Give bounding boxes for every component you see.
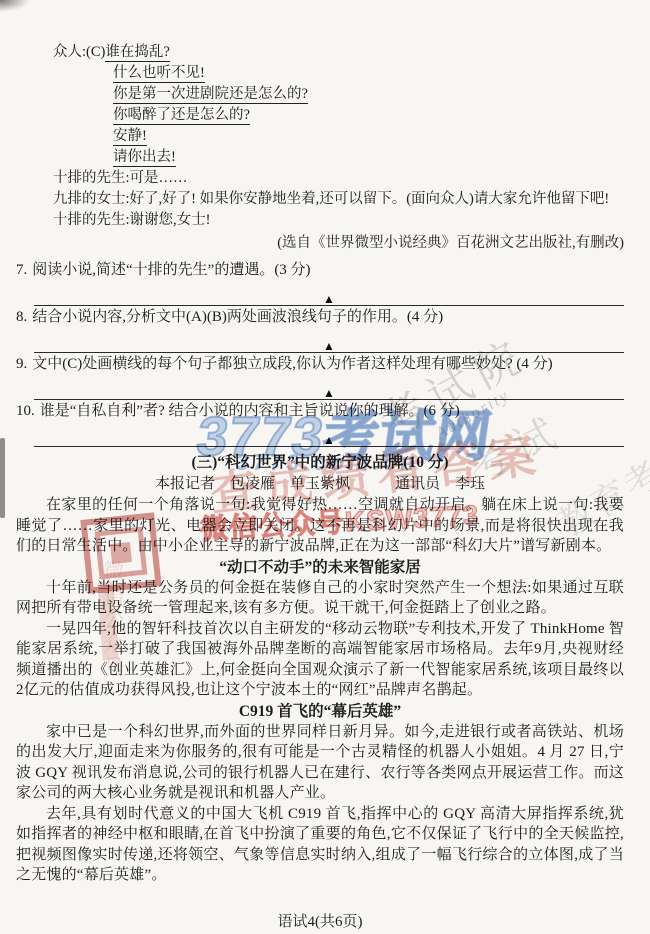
question-9: 9.文中(C)处画横线的每个句子都独立成段,你认为作者这样处理有哪些妙处? (4… [16,353,624,375]
answer-triangle-marker: ▲ [323,341,335,352]
question-number: 9. [16,353,27,375]
question-8: 8.结合小说内容,分析文中(A)(B)两处画波浪线句子的作用。(4 分) [16,306,624,328]
article-subhead-2: C919 首飞的“幕后英雄” [16,701,624,722]
article-paragraph: 在家里的任何一个角落说一句:我觉得好热……空调就自动开启。躺在床上说一句:我要睡… [16,495,624,557]
question-10: 10.谁是“自私自利”者? 结合小说的内容和主旨说说你的理解。(6 分) [16,400,624,422]
underlined-sentence: 你是第一次进剧院还是怎么的? [113,86,308,104]
answer-triangle-marker: ▲ [323,294,335,305]
underlined-sentence: 请你出去! [113,149,176,167]
question-number: 8. [16,306,27,328]
question-number: 10. [16,400,35,422]
article-paragraph: 十年前,当时还是公务员的何金挺在装修自己的小家时突然产生一个想法:如果通过互联网… [16,578,624,619]
questions-block: 7.阅读小说,简述“十排的先生”的遭遇。(3 分) ▲ 8.结合小说内容,分析文… [16,259,624,447]
article-subhead-1: “动口不动手”的未来智能家居 [16,557,624,578]
underlined-sentence: 什么也听不见! [113,65,205,83]
answer-line: ▲ [34,375,624,400]
underlined-sentence: 谁在捣乱? [105,44,169,62]
article-paragraph: 去年,具有划时代意义的中国大飞机 C919 首飞,指挥中心的 GQY 高清大屏指… [16,804,624,886]
dialogue-crowd-line: 你喝醉了还是怎么的? [113,105,624,126]
answer-line: ▲ [34,328,624,353]
dialogue-crowd-first-line: 众人:(C)谁在捣乱? [53,42,624,63]
question-text: 谁是“自私自利”者? 结合小说的内容和主旨说说你的理解。(6 分) [40,403,460,419]
exam-paper-page: 众人:(C)谁在捣乱? 什么也听不见! 你是第一次进剧院还是怎么的? 你喝醉了还… [0,0,650,934]
dialogue-crowd-line: 什么也听不见! [113,63,624,84]
question-text: 结合小说内容,分析文中(A)(B)两处画波浪线句子的作用。(4 分) [32,309,443,325]
dialogue-crowd-line: 你是第一次进剧院还是怎么的? [113,84,624,105]
section-title: (三)“科幻世界”中的新宁波品牌(10 分) [16,451,624,474]
answer-triangle-marker: ▲ [323,388,335,399]
source-attribution: (选自《世界微型小说经典》百花洲文艺出版社,有删改) [53,233,624,254]
answer-triangle-marker: ▲ [323,435,335,446]
question-number: 7. [16,259,27,281]
article-byline: 本报记者 包凌雁 单玉紫枫 通讯员 李珏 [16,474,624,495]
answer-line: ▲ [34,281,624,306]
dialogue-speaker-line: 九排的女士:好了,好了! 如果你安静地坐着,还可以留下。(面向众人)请大家允许他… [53,189,624,210]
dialogue-block: 众人:(C)谁在捣乱? 什么也听不见! 你是第一次进剧院还是怎么的? 你喝醉了还… [53,42,624,254]
question-text: 文中(C)处画横线的每个句子都独立成段,你认为作者这样处理有哪些妙处? (4 分… [32,356,552,372]
answer-line: ▲ [34,422,624,447]
article-paragraph: 家中已是一个科幻世界,而外面的世界同样日新月异。如今,走进银行或者高铁站、机场的… [16,722,624,804]
crowd-prefix: 众人:(C) [53,44,105,60]
article-paragraph: 一晃四年,他的智轩科技首次以自主研发的“移动云物联”专利技术,开发了 Think… [16,619,624,701]
underlined-sentence: 安静! [113,128,147,146]
dialogue-crowd-line: 请你出去! [113,147,624,168]
section-three: (三)“科幻世界”中的新宁波品牌(10 分) 本报记者 包凌雁 单玉紫枫 通讯员… [16,451,624,886]
underlined-sentence: 你喝醉了还是怎么的? [113,107,250,125]
dialogue-speaker-line: 十排的先生:可是…… [53,168,624,189]
page-number-footer: 语试4(共6页) [16,910,624,931]
dialogue-crowd-line: 安静! [113,126,624,147]
dialogue-speaker-line: 十排的先生:谢谢您,女士! [53,210,624,231]
page-content: 众人:(C)谁在捣乱? 什么也听不见! 你是第一次进剧院还是怎么的? 你喝醉了还… [0,0,650,934]
question-7: 7.阅读小说,简述“十排的先生”的遭遇。(3 分) [16,259,624,281]
question-text: 阅读小说,简述“十排的先生”的遭遇。(3 分) [32,262,310,278]
